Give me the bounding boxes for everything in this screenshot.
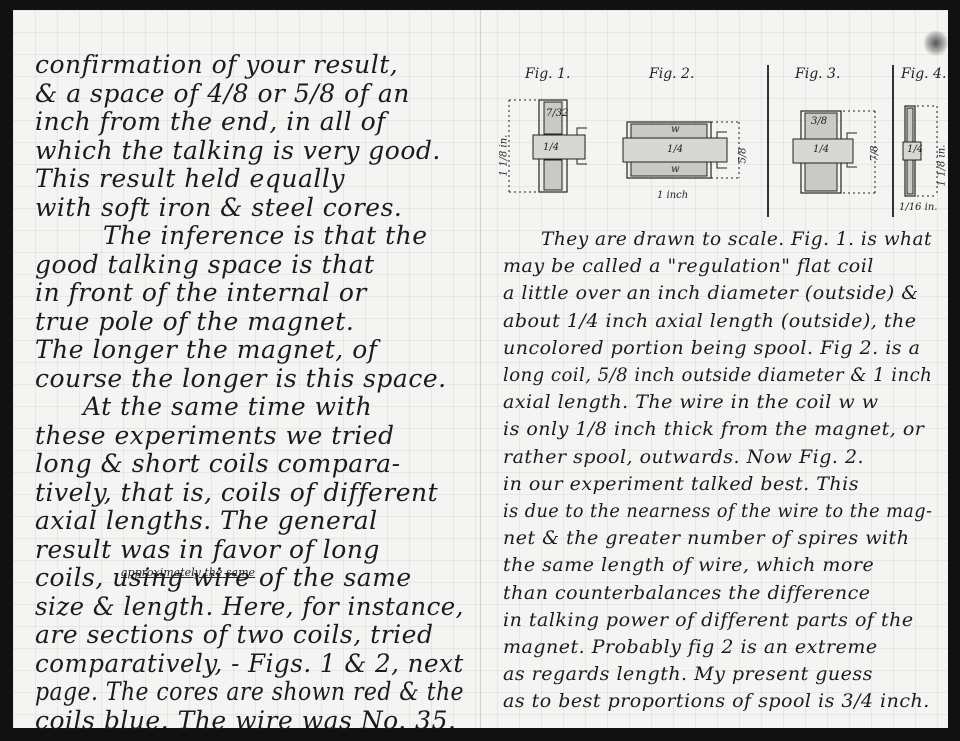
fig-3-dim-diameter: 7/8: [870, 145, 881, 161]
letter-sheet: confirmation of your result,& a space of…: [13, 10, 948, 728]
fig-1-label: Fig. 1.: [525, 66, 570, 82]
handwritten-line: size & length. Here, for instance,: [35, 592, 464, 621]
handwritten-line: net & the greater number of spires with: [503, 527, 909, 549]
handwritten-line: in front of the internal or: [35, 278, 367, 307]
fig-4-dim-length: 1/16 in.: [899, 202, 937, 213]
handwritten-line: confirmation of your result,: [35, 50, 398, 79]
handwritten-line: uncolored portion being spool. Fig 2. is…: [503, 337, 920, 359]
handwritten-line: in our experiment talked best. This: [503, 473, 859, 495]
fig-2-dim-w-bottom: w: [671, 164, 680, 175]
fig-3-dim-core: 1/4: [813, 144, 829, 155]
handwritten-line: & a space of 4/8 or 5/8 of an: [35, 79, 410, 108]
handwritten-line: They are drawn to scale. Fig. 1. is what: [541, 228, 932, 250]
handwritten-line: coils blue. The wire was No. 35.: [35, 706, 456, 735]
handwritten-line: At the same time with: [83, 392, 372, 421]
handwritten-line: may be called a "regulation" flat coil: [503, 255, 874, 277]
handwritten-line: about 1/4 inch axial length (outside), t…: [503, 310, 916, 332]
handwritten-line: page. The cores are shown red & the: [35, 677, 464, 706]
handwritten-line: the same length of wire, which more: [503, 554, 874, 576]
fig-1-dim-coil: 7/32: [546, 108, 568, 119]
handwritten-line: in talking power of different parts of t…: [503, 609, 914, 631]
handwritten-line: these experiments we tried: [35, 421, 395, 450]
handwritten-line: are sections of two coils, tried: [35, 620, 433, 649]
figure-divider: [767, 65, 769, 217]
handwritten-line: axial length. The wire in the coil w w: [503, 391, 878, 413]
handwritten-line: inch from the end, in all of: [35, 107, 386, 136]
handwritten-line: The inference is that the: [103, 221, 428, 250]
fig-4-dim-core: 1/4: [907, 144, 923, 155]
figures-area: Fig. 1. 7/32 1/4 1 1/8 in. Fig. 2.: [481, 10, 948, 215]
figure-divider: [892, 65, 894, 217]
handwritten-line: This result held equally: [35, 164, 345, 193]
handwritten-line: than counterbalances the difference: [503, 582, 870, 604]
fig-1-dim-diameter: 1 1/8 in.: [498, 135, 509, 177]
handwritten-line: which the talking is very good.: [35, 136, 441, 165]
fig-3-dim-coil: 3/8: [811, 116, 827, 127]
handwritten-line: tively, that is, coils of different: [35, 478, 438, 507]
fig-2-dim-length: 1 inch: [657, 190, 688, 201]
fig-2-dim-core: 1/4: [667, 144, 683, 155]
handwritten-line: result was in favor of long: [35, 535, 380, 564]
ink-smudge: [924, 30, 948, 56]
handwritten-line: comparatively, - Figs. 1 & 2, next: [35, 649, 464, 678]
right-page: Fig. 1. 7/32 1/4 1 1/8 in. Fig. 2.: [481, 10, 948, 728]
handwritten-line: axial lengths. The general: [35, 506, 378, 535]
fig-2-dim-w-top: w: [671, 124, 680, 135]
fig-3-label: Fig. 3.: [795, 66, 840, 82]
handwritten-line: a little over an inch diameter (outside)…: [503, 282, 919, 304]
handwritten-line: is only 1/8 inch thick from the magnet, …: [503, 418, 924, 440]
fig-4-dim-diameter: 1 1/8 in.: [936, 145, 947, 187]
handwritten-line: course the longer is this space.: [35, 364, 447, 393]
handwritten-line: is due to the nearness of the wire to th…: [503, 500, 932, 522]
insertion-note: approximately the same: [121, 566, 255, 579]
fig-1-dim-core: 1/4: [543, 142, 559, 153]
handwritten-line: long coil, 5/8 inch outside diameter & 1…: [503, 364, 932, 386]
fig-2-dim-diameter: 5/8: [738, 147, 749, 163]
handwritten-line: with soft iron & steel cores.: [35, 193, 402, 222]
handwritten-line: true pole of the magnet.: [35, 307, 354, 336]
handwritten-line: magnet. Probably fig 2 is an extreme: [503, 636, 878, 658]
handwritten-line: The longer the magnet, of: [35, 335, 378, 364]
handwritten-line: as to best proportions of spool is 3/4 i…: [503, 690, 930, 712]
handwritten-line: long & short coils compara-: [35, 449, 401, 478]
handwritten-line: as regards length. My present guess: [503, 663, 873, 685]
handwritten-line: good talking space is that: [35, 250, 375, 279]
fig-4-label: Fig. 4.: [901, 66, 946, 82]
left-page: confirmation of your result,& a space of…: [13, 10, 480, 728]
handwritten-line: rather spool, outwards. Now Fig. 2.: [503, 446, 864, 468]
fig-2-label: Fig. 2.: [649, 66, 694, 82]
